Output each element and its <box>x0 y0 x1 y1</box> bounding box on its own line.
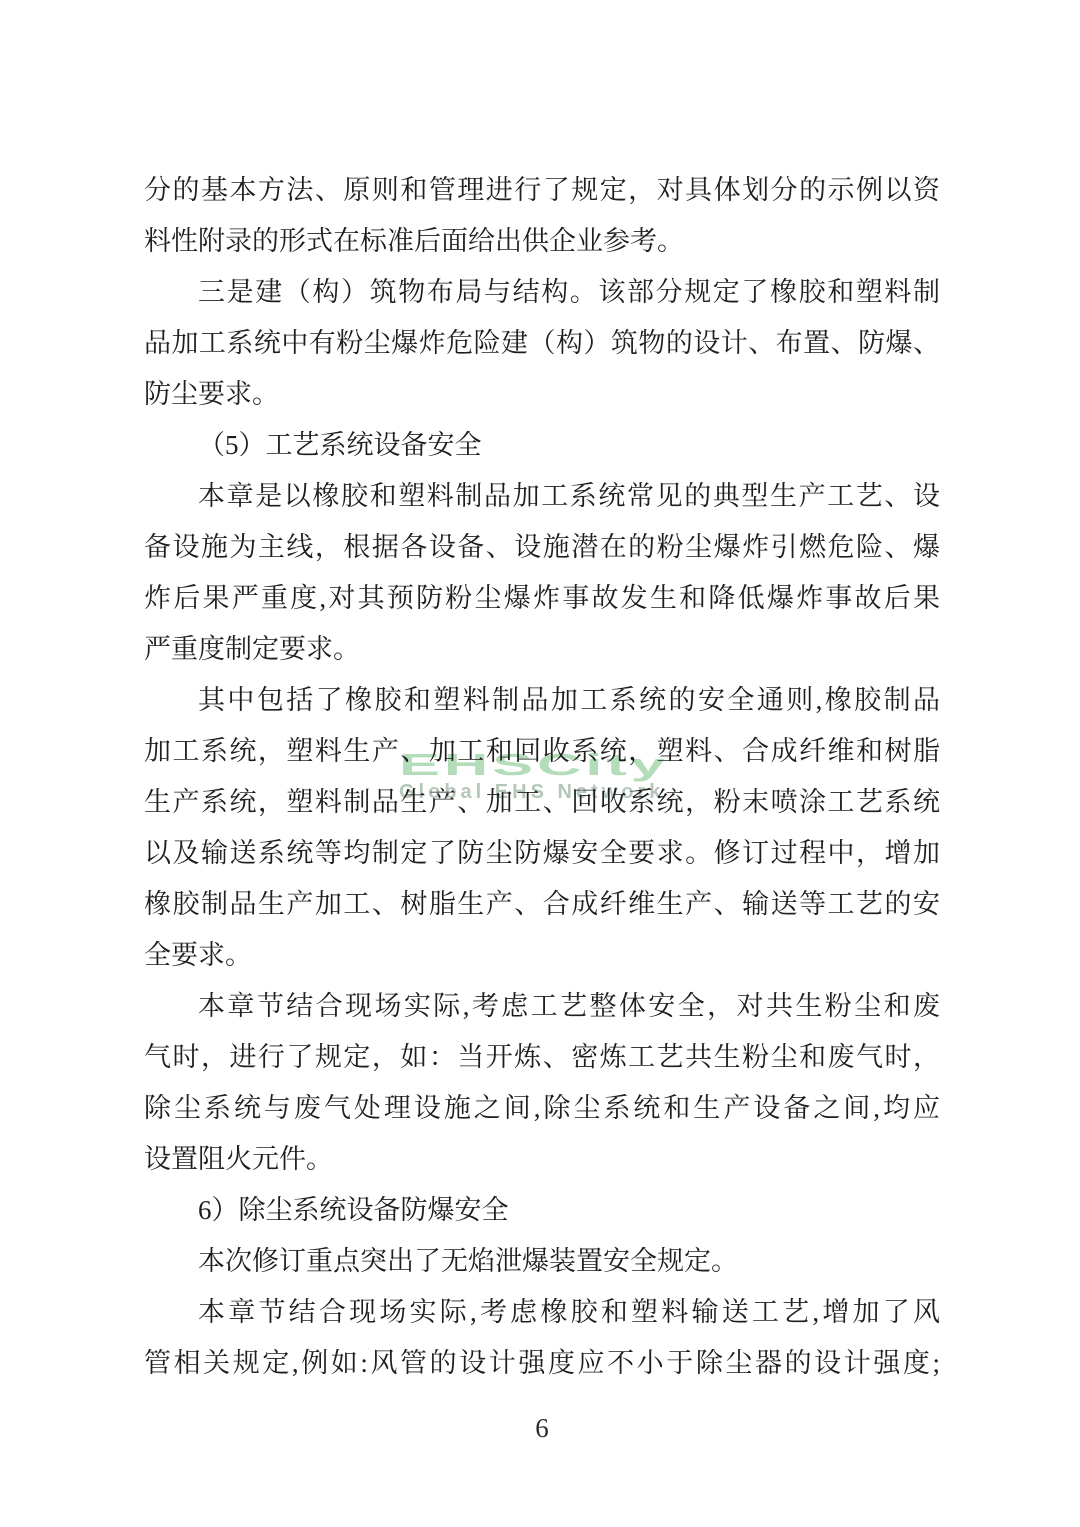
text-line: 气时，进行了规定，如：当开炼、密炼工艺共生粉尘和废气时， <box>144 1032 940 1083</box>
text-line: 本章节结合现场实际,考虑橡胶和塑料输送工艺,增加了风 <box>144 1287 940 1338</box>
text-line: 全要求。 <box>144 930 940 981</box>
text-line: 本章是以橡胶和塑料制品加工系统常见的典型生产工艺、设 <box>144 471 940 522</box>
text-line: （5）工艺系统设备安全 <box>144 420 940 471</box>
text-line: 分的基本方法、原则和管理进行了规定，对具体划分的示例以资 <box>144 165 940 216</box>
text-line: 防尘要求。 <box>144 369 940 420</box>
text-line: 其中包括了橡胶和塑料制品加工系统的安全通则,橡胶制品 <box>144 675 940 726</box>
text-line: 严重度制定要求。 <box>144 624 940 675</box>
text-line: 料性附录的形式在标准后面给出供企业参考。 <box>144 216 940 267</box>
text-line: 三是建（构）筑物布局与结构。该部分规定了橡胶和塑料制 <box>144 267 940 318</box>
text-line: 生产系统，塑料制品生产、加工、回收系统，粉末喷涂工艺系统 <box>144 777 940 828</box>
text-line: 6）除尘系统设备防爆安全 <box>144 1185 940 1236</box>
text-line: 本次修订重点突出了无焰泄爆装置安全规定。 <box>144 1236 940 1287</box>
text-line: 炸后果严重度,对其预防粉尘爆炸事故发生和降低爆炸事故后果 <box>144 573 940 624</box>
page-number: 6 <box>144 1408 940 1448</box>
text-line: 备设施为主线，根据各设备、设施潜在的粉尘爆炸引燃危险、爆 <box>144 522 940 573</box>
text-line: 橡胶制品生产加工、树脂生产、合成纤维生产、输送等工艺的安 <box>144 879 940 930</box>
text-line: 品加工系统中有粉尘爆炸危险建（构）筑物的设计、布置、防爆、 <box>144 318 940 369</box>
text-line: 管相关规定,例如:风管的设计强度应不小于除尘器的设计强度; <box>144 1338 940 1389</box>
text-line: 加工系统，塑料生产、加工和回收系统，塑料、合成纤维和树脂 <box>144 726 940 777</box>
text-line: 本章节结合现场实际,考虑工艺整体安全，对共生粉尘和废 <box>144 981 940 1032</box>
text-line: 以及输送系统等均制定了防尘防爆安全要求。修订过程中，增加 <box>144 828 940 879</box>
text-line: 除尘系统与废气处理设施之间,除尘系统和生产设备之间,均应 <box>144 1083 940 1134</box>
document-page: EHSCity Global EHS Network 分的基本方法、原则和管理进… <box>0 0 1080 1527</box>
text-line: 设置阻火元件。 <box>144 1134 940 1185</box>
document-text: 分的基本方法、原则和管理进行了规定，对具体划分的示例以资料性附录的形式在标准后面… <box>144 165 940 1389</box>
